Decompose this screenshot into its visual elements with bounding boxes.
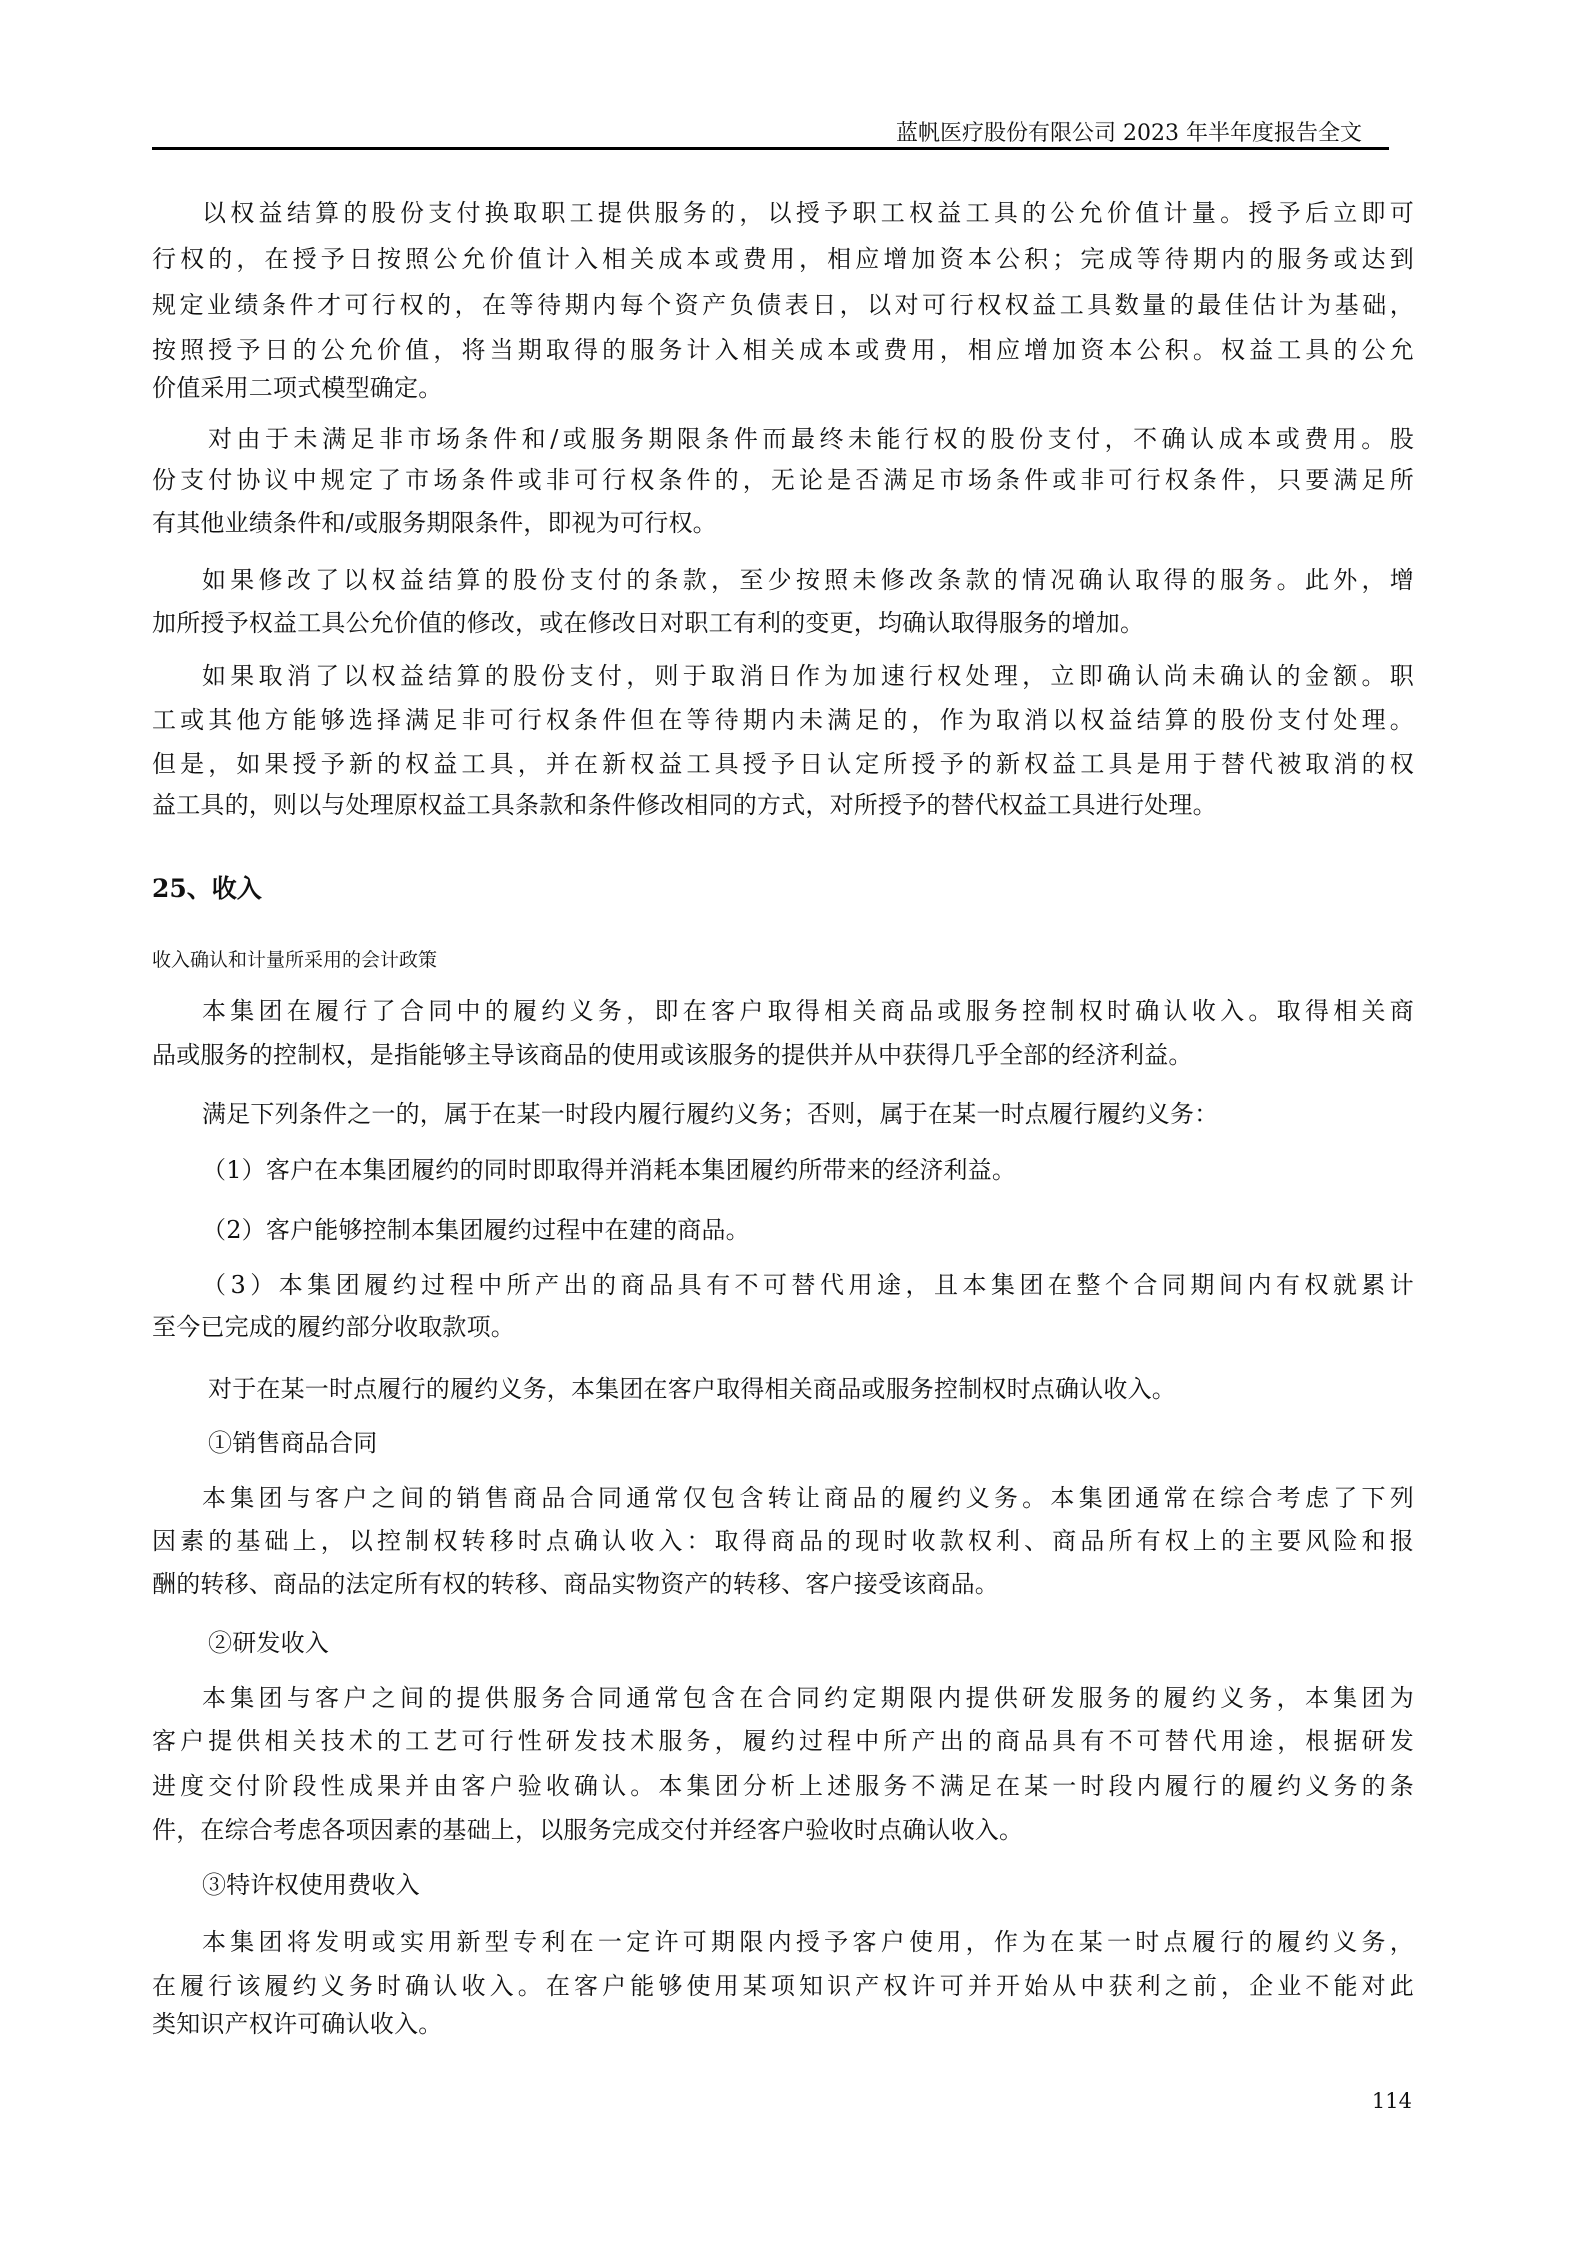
text-line: （2）客户能够控制本集团履约过程中在建的商品。: [152, 1215, 1414, 1245]
text-line: 加所授予权益工具公允价值的修改，或在修改日对职工有利的变更，均确认取得服务的增加…: [152, 608, 1414, 638]
text-line: 但是，如果授予新的权益工具，并在新权益工具授予日认定所授予的新权益工具是用于替代…: [152, 749, 1414, 779]
document-header-title: 蓝帆医疗股份有限公司 2023 年半年度报告全文: [896, 116, 1362, 147]
text-line: 份支付协议中规定了市场条件或非可行权条件的，无论是否满足市场条件或非可行权条件，…: [152, 465, 1414, 495]
text-line: 如果修改了以权益结算的股份支付的条款，至少按照未修改条款的情况确认取得的服务。此…: [152, 565, 1414, 595]
text-line: 因素的基础上，以控制权转移时点确认收入：取得商品的现时收款权利、商品所有权上的主…: [152, 1526, 1414, 1556]
text-line: 客户提供相关技术的工艺可行性研发技术服务，履约过程中所产出的商品具有不可替代用途…: [152, 1726, 1414, 1756]
text-line: 如果取消了以权益结算的股份支付，则于取消日作为加速行权处理，立即确认尚未确认的金…: [152, 661, 1414, 691]
text-line: 本集团在履行了合同中的履约义务，即在客户取得相关商品或服务控制权时确认收入。取得…: [152, 996, 1414, 1026]
text-line: 有其他业绩条件和/或服务期限条件，即视为可行权。: [152, 508, 1414, 538]
text-line: （1）客户在本集团履约的同时即取得并消耗本集团履约所带来的经济利益。: [152, 1155, 1414, 1185]
text-line: 品或服务的控制权，是指能够主导该商品的使用或该服务的提供并从中获得几乎全部的经济…: [152, 1040, 1414, 1070]
text-line: ①销售商品合同: [152, 1428, 1414, 1458]
text-line: ③特许权使用费收入: [152, 1870, 1414, 1900]
text-line: 规定业绩条件才可行权的，在等待期内每个资产负债表日，以对可行权权益工具数量的最佳…: [152, 290, 1414, 320]
text-line: 至今已完成的履约部分收取款项。: [152, 1312, 1414, 1342]
text-line: 价值采用二项式模型确定。: [152, 373, 1414, 403]
section-subtitle: 收入确认和计量所采用的会计政策: [152, 945, 437, 972]
text-line: 本集团与客户之间的提供服务合同通常包含在合同约定期限内提供研发服务的履约义务，本…: [152, 1683, 1414, 1713]
text-line: 工或其他方能够选择满足非可行权条件但在等待期内未满足的，作为取消以权益结算的股份…: [152, 705, 1414, 735]
text-line: ②研发收入: [152, 1628, 1414, 1658]
text-line: 本集团与客户之间的销售商品合同通常仅包含转让商品的履约义务。本集团通常在综合考虑…: [152, 1483, 1414, 1513]
text-line: 在履行该履约义务时确认收入。在客户能够使用某项知识产权许可并开始从中获利之前，企…: [152, 1971, 1414, 2001]
page-number: 114: [1372, 2089, 1412, 2113]
text-line: 酬的转移、商品的法定所有权的转移、商品实物资产的转移、客户接受该商品。: [152, 1569, 1414, 1599]
text-line: 满足下列条件之一的，属于在某一时段内履行履约义务；否则，属于在某一时点履行履约义…: [152, 1099, 1414, 1129]
text-line: 对于在某一时点履行的履约义务，本集团在客户取得相关商品或服务控制权时点确认收入。: [152, 1374, 1414, 1404]
text-line: 对由于未满足非市场条件和/或服务期限条件而最终未能行权的股份支付，不确认成本或费…: [152, 424, 1414, 454]
text-line: 按照授予日的公允价值，将当期取得的服务计入相关成本或费用，相应增加资本公积。权益…: [152, 335, 1414, 365]
text-line: （3）本集团履约过程中所产出的商品具有不可替代用途，且本集团在整个合同期间内有权…: [152, 1270, 1414, 1300]
text-line: 行权的，在授予日按照公允价值计入相关成本或费用，相应增加资本公积；完成等待期内的…: [152, 244, 1414, 274]
text-line: 件，在综合考虑各项因素的基础上，以服务完成交付并经客户验收时点确认收入。: [152, 1815, 1414, 1845]
text-line: 本集团将发明或实用新型专利在一定许可期限内授予客户使用，作为在某一时点履行的履约…: [152, 1927, 1414, 1957]
text-line: 以权益结算的股份支付换取职工提供服务的，以授予职工权益工具的公允价值计量。授予后…: [152, 198, 1414, 228]
section-heading: 25、收入: [152, 869, 262, 905]
text-line: 益工具的，则以与处理原权益工具条款和条件修改相同的方式，对所授予的替代权益工具进…: [152, 790, 1414, 820]
text-line: 进度交付阶段性成果并由客户验收确认。本集团分析上述服务不满足在某一时段内履行的履…: [152, 1771, 1414, 1801]
text-line: 类知识产权许可确认收入。: [152, 2009, 1414, 2039]
header-divider: [152, 147, 1389, 150]
